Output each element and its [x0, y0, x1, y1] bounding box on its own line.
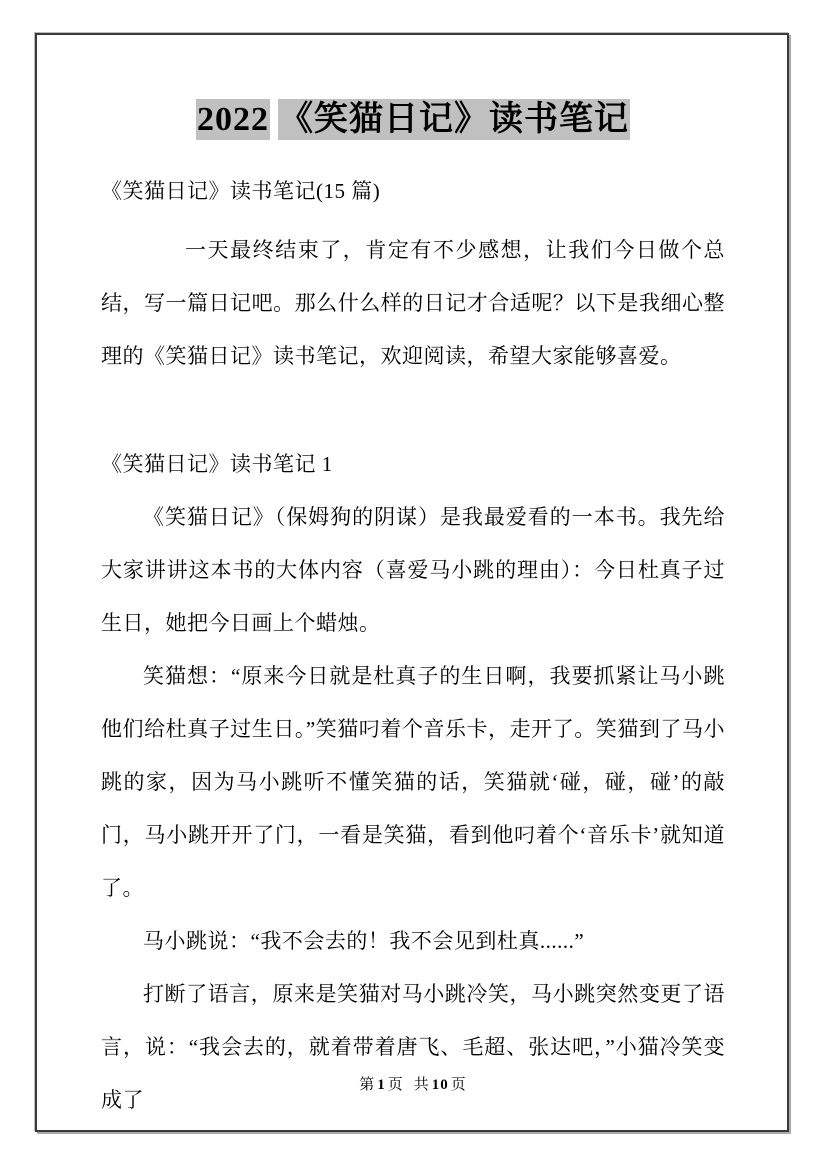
intro-paragraph: 一天最终结束了，肯定有不少感想，让我们今日做个总结，写一篇日记吧。那么什么样的日… — [101, 224, 725, 383]
intro-label-paragraph: 《笑猫日记》读书笔记(15 篇) — [101, 165, 725, 218]
section1-paragraph-2: 笑猫想：“原来今日就是杜真子的生日啊，我要抓紧让马小跳他们给杜真子过生日。”笑猫… — [101, 650, 725, 915]
page-content-area: 2022《笑猫日记》读书笔记 《笑猫日记》读书笔记(15 篇) 一天最终结束了，… — [101, 35, 725, 1130]
footer-current-suffix: 页 — [388, 1077, 404, 1093]
footer-current-prefix: 第 — [359, 1077, 375, 1093]
section1-heading: 《笑猫日记》读书笔记 1 — [101, 438, 725, 491]
footer-total-suffix: 页 — [451, 1077, 467, 1093]
title-main-highlighted: 《笑猫日记》读书笔记 — [278, 99, 630, 140]
title-year-highlighted: 2022 — [196, 99, 270, 140]
footer-total-pages-number: 10 — [430, 1077, 451, 1093]
page-number-footer: 第1页共10页 — [101, 1073, 725, 1094]
section1-paragraph-1: 《笑猫日记》（保姆狗的阴谋）是我最爱看的一本书。我先给大家讲讲这本书的大体内容（… — [101, 491, 725, 650]
footer-current-page-number: 1 — [375, 1077, 388, 1093]
section1-paragraph-3: 马小跳说：“我不会去的！我不会见到杜真......” — [101, 915, 725, 968]
section1-paragraph-4: 打断了语言，原来是笑猫对马小跳冷笑，马小跳突然变更了语言，说：“我会去的，就着带… — [101, 968, 725, 1127]
document-title: 2022《笑猫日记》读书笔记 — [101, 99, 725, 141]
footer-total-prefix: 共 — [414, 1077, 430, 1093]
document-page-frame: 2022《笑猫日记》读书笔记 《笑猫日记》读书笔记(15 篇) 一天最终结束了，… — [35, 33, 789, 1132]
document-body: 《笑猫日记》读书笔记(15 篇) 一天最终结束了，肯定有不少感想，让我们今日做个… — [101, 165, 725, 1127]
